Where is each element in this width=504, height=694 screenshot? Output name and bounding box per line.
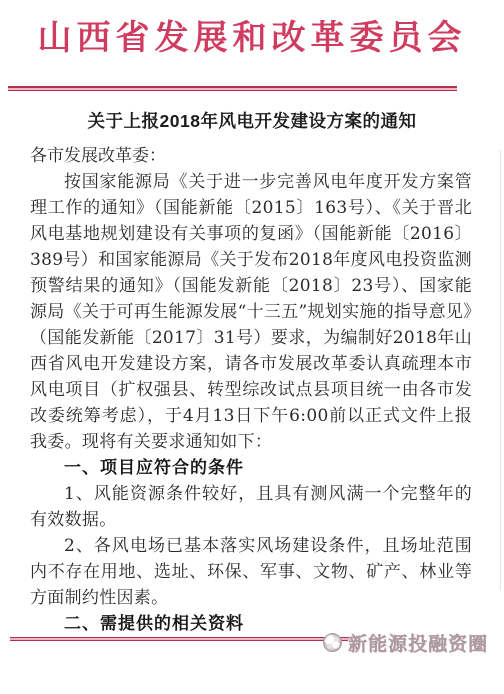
watermark: 新能源投融资圈 (323, 629, 488, 656)
salutation: 各市发展改革委： (30, 143, 472, 169)
watermark-logo-icon (323, 633, 342, 652)
letterhead-divider (8, 86, 457, 91)
condition-item-1: 1、风能资源条件较好，且具有测风满一个完整年的有效数据。 (30, 481, 472, 533)
document-title: 关于上报2018年风电开发建设方案的通知 (20, 109, 484, 133)
document-body: 各市发展改革委： 按国家能源局《关于进一步完善风电年度开发方案管理工作的通知》（… (30, 143, 472, 637)
letterhead-org-name: 山西省发展和改革委员会 (0, 0, 504, 62)
section-1-heading: 一、项目应符合的条件 (30, 455, 472, 481)
watermark-label: 新能源投融资圈 (348, 629, 488, 656)
footer-divider (10, 637, 353, 641)
page-edge-shadow (500, 150, 501, 590)
scanned-document-page: 山西省发展和改革委员会 关于上报2018年风电开发建设方案的通知 各市发展改革委… (0, 0, 504, 694)
intro-paragraph: 按国家能源局《关于进一步完善风电年度开发方案管理工作的通知》（国能新能〔2015… (30, 169, 472, 455)
condition-item-2: 2、各风电场已基本落实风场建设条件，且场址范围内不存在用地、选址、环保、军事、文… (30, 533, 472, 611)
